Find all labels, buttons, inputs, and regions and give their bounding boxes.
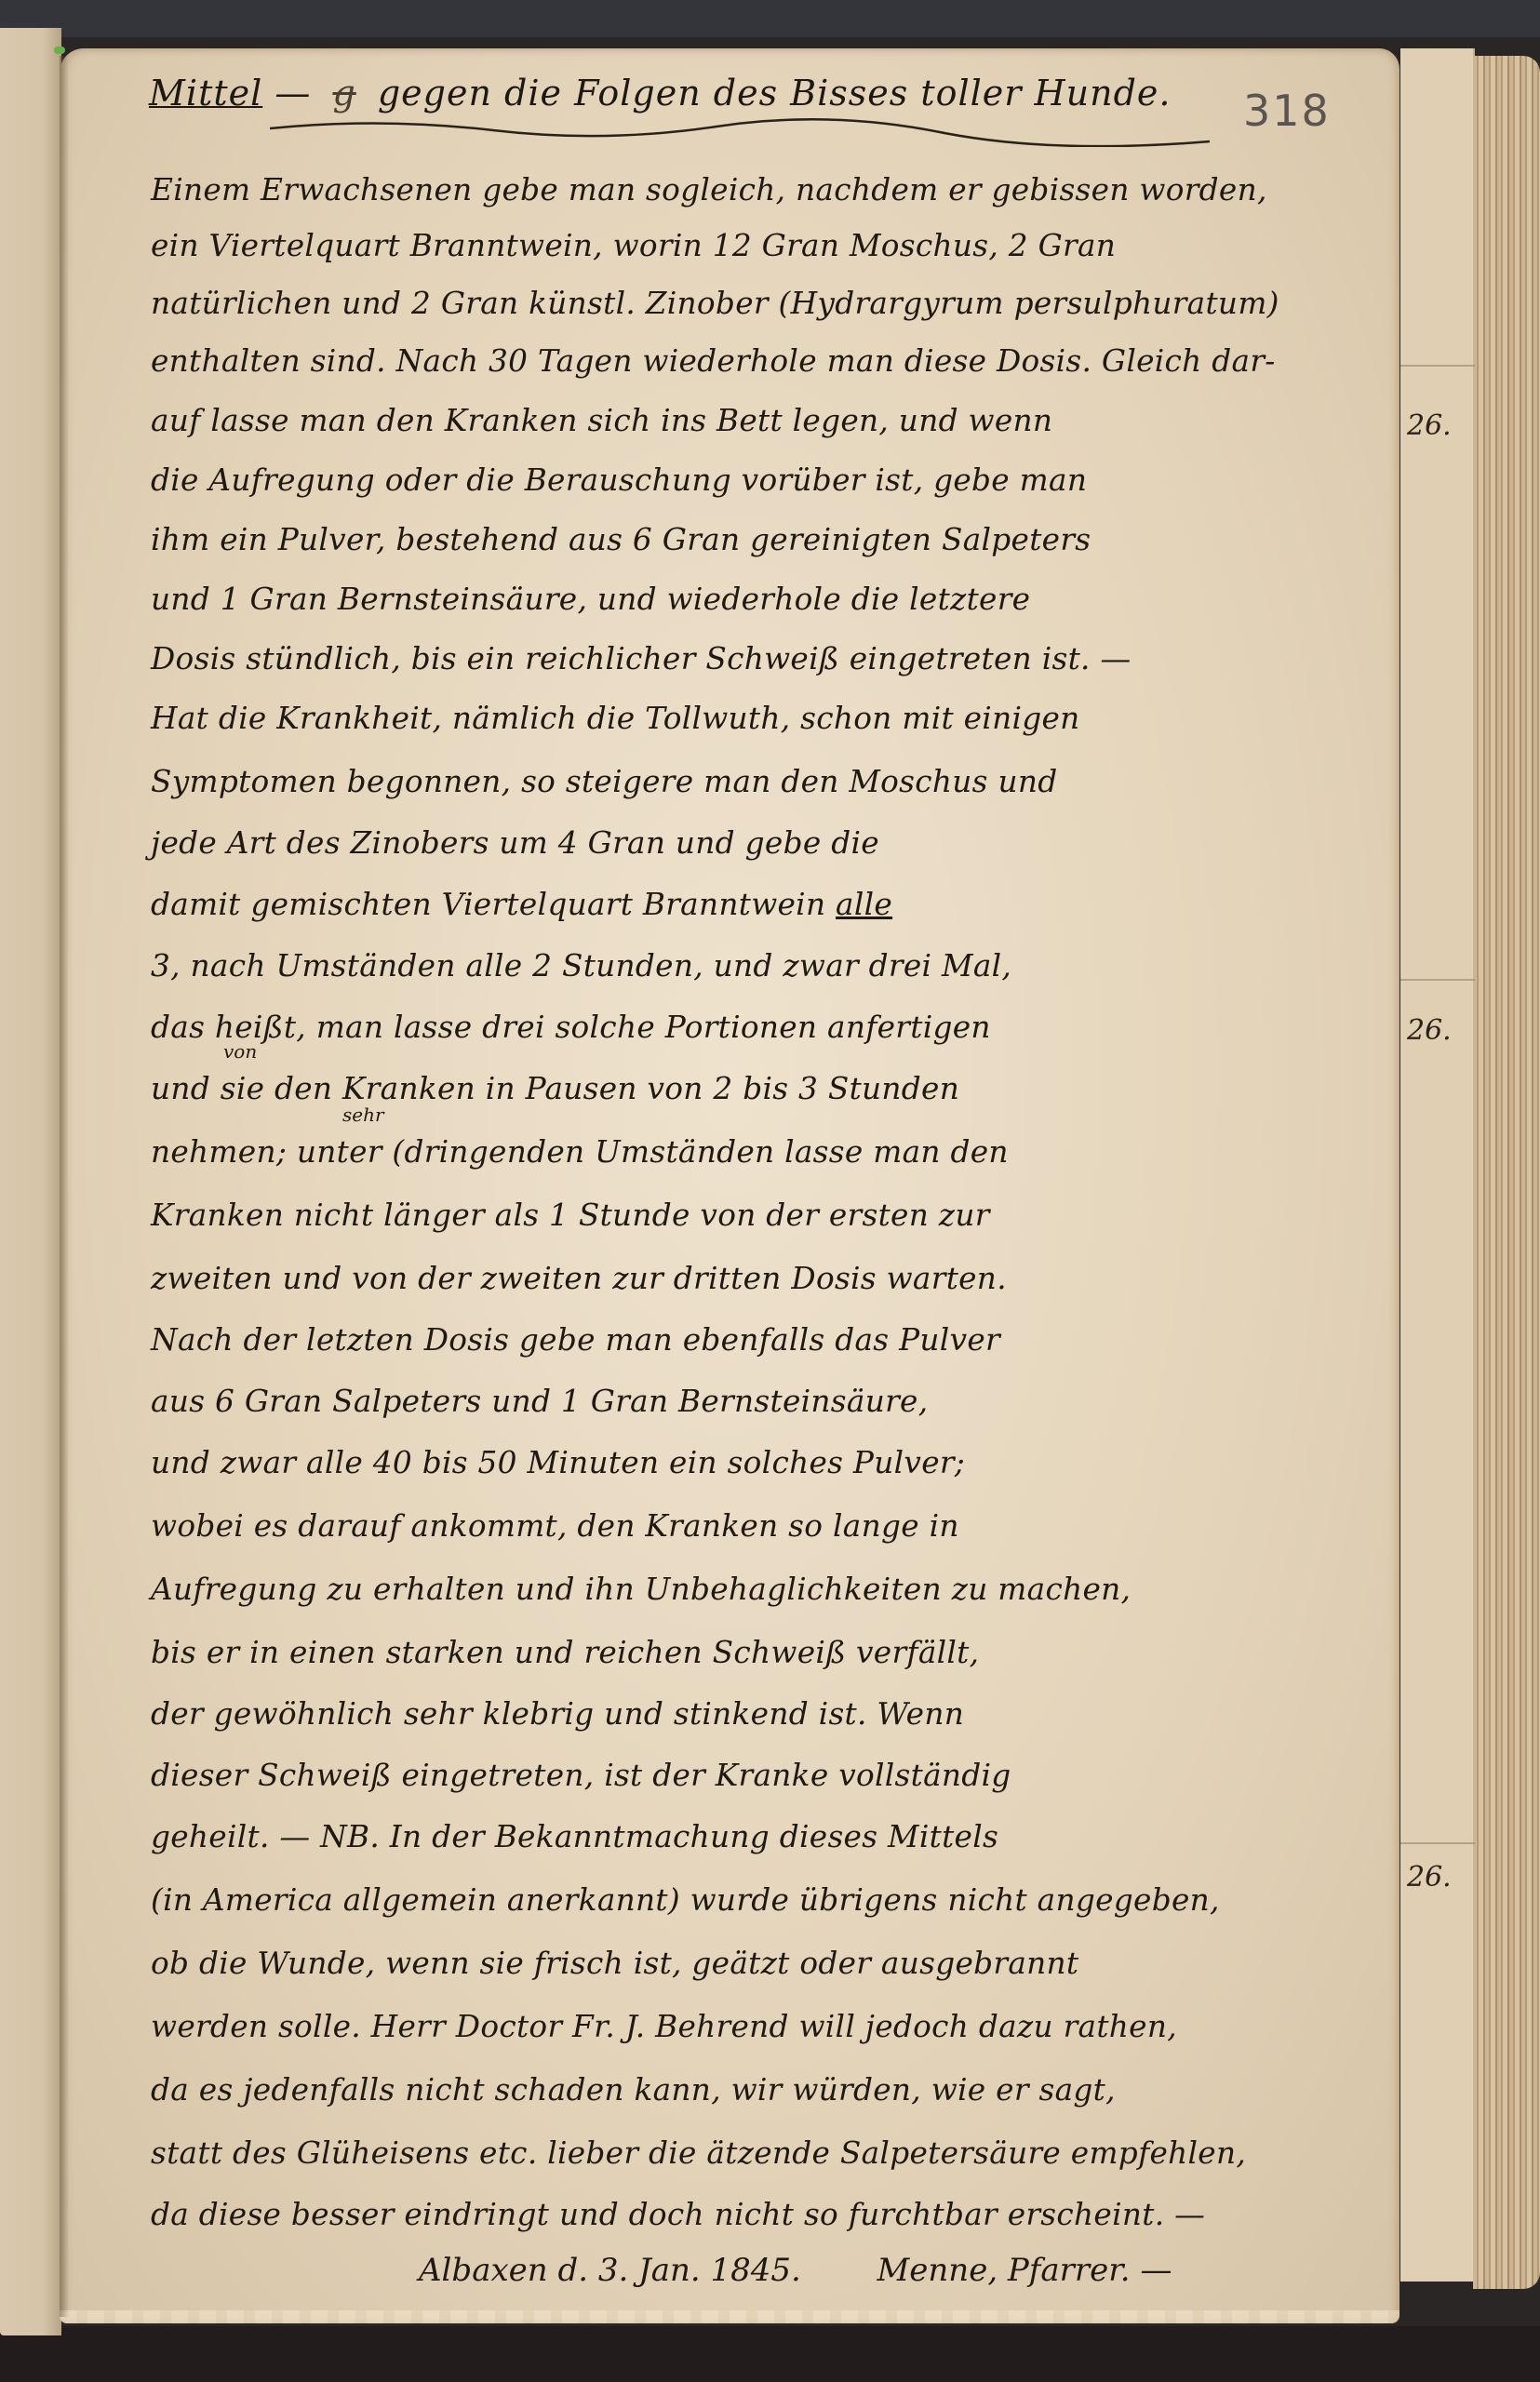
- book-cover-top: [0, 0, 1540, 37]
- interlinear-note: sehr: [342, 1104, 384, 1126]
- margin-note: 26.: [1407, 1014, 1452, 1047]
- text-line: damit gemischten Viertelquart Branntwein…: [151, 886, 1305, 922]
- text-line: auf lasse man den Kranken sich ins Bett …: [151, 402, 1305, 438]
- signature-block: Albaxen d. 3. Jan. 1845. Menne, Pfarrer.…: [419, 2252, 1172, 2289]
- text-line: und zwar alle 40 bis 50 Minuten ein solc…: [151, 1444, 1305, 1480]
- text-line: Einem Erwachsenen gebe man sogleich, nac…: [151, 171, 1305, 207]
- manuscript-page: [60, 48, 1399, 2323]
- text-line: enthalten sind. Nach 30 Tagen wiederhole…: [151, 342, 1305, 379]
- gutter-shadow: [60, 56, 69, 2317]
- text-line: wobei es darauf ankommt, den Kranken so …: [151, 1507, 1305, 1544]
- text-line: 3, nach Umständen alle 2 Stunden, und zw…: [151, 947, 1305, 984]
- signer-name: Menne, Pfarrer.: [877, 2252, 1130, 2289]
- text-line: dieser Schweiß eingetreten, ist der Kran…: [151, 1757, 1305, 1793]
- text-line: ob die Wunde, wenn sie frisch ist, geätz…: [151, 1945, 1305, 1981]
- text-line: die Aufregung oder die Berauschung vorüb…: [151, 462, 1305, 498]
- text-line-content: damit gemischten Viertelquart Branntwein: [151, 886, 825, 922]
- text-line: zweiten und von der zweiten zur dritten …: [151, 1260, 1305, 1296]
- text-line: und sie den Kranken in Pausen von 2 bis …: [151, 1070, 1305, 1106]
- margin-rule: [1400, 1842, 1475, 1844]
- text-line: Hat die Krankheit, nämlich die Tollwuth,…: [151, 700, 1305, 736]
- book-cover-bottom: [0, 2326, 1540, 2382]
- header-title-rest: gegen die Folgen des Bisses toller Hunde…: [378, 73, 1172, 114]
- text-line: statt des Glüheisens etc. lieber die ätz…: [151, 2134, 1305, 2171]
- header-struck-letter: g: [332, 73, 355, 114]
- text-line: bis er in einen starken und reichen Schw…: [151, 1634, 1305, 1670]
- margin-rule: [1400, 365, 1475, 367]
- margin-rule: [1400, 979, 1475, 981]
- interlinear-note: von: [223, 1040, 257, 1063]
- header-wavy-underline: [270, 110, 1210, 147]
- page-number: 318: [1243, 86, 1331, 136]
- underlying-page-edge: [1400, 48, 1475, 2282]
- green-marker-dot: [54, 47, 65, 54]
- margin-note: 26.: [1407, 409, 1452, 442]
- page-header: Mittel — g gegen die Folgen des Bisses t…: [149, 73, 1171, 114]
- text-line: (in America allgemein anerkannt) wurde ü…: [151, 1881, 1305, 1918]
- text-line: aus 6 Gran Salpeters und 1 Gran Bernstei…: [151, 1383, 1305, 1419]
- margin-note: 26.: [1407, 1861, 1452, 1894]
- inserted-word: alle: [836, 886, 892, 922]
- text-line: werden solle. Herr Doctor Fr. J. Behrend…: [151, 2008, 1305, 2044]
- book-fore-edge: [1473, 56, 1540, 2289]
- text-line: der gewöhnlich sehr klebrig und stinkend…: [151, 1695, 1305, 1732]
- text-line: geheilt. — NB. In der Bekanntmachung die…: [151, 1818, 1305, 1854]
- text-line: Dosis stündlich, bis ein reichlicher Sch…: [151, 640, 1305, 676]
- text-line: Symptomen begonnen, so steigere man den …: [151, 763, 1305, 799]
- text-line: ihm ein Pulver, bestehend aus 6 Gran ger…: [151, 521, 1305, 557]
- text-line: nehmen; unter (dringenden Umständen lass…: [151, 1133, 1305, 1170]
- facing-page-left: [0, 28, 61, 2335]
- text-line: da diese besser eindringt und doch nicht…: [151, 2196, 1305, 2232]
- text-line: Nach der letzten Dosis gebe man ebenfall…: [151, 1321, 1305, 1358]
- text-line: ein Viertelquart Branntwein, worin 12 Gr…: [151, 227, 1305, 263]
- text-line: Aufregung zu erhalten und ihn Unbehaglic…: [151, 1571, 1305, 1607]
- text-line: da es jedenfalls nicht schaden kann, wir…: [151, 2071, 1305, 2108]
- closing-dash: —: [1140, 2252, 1172, 2289]
- text-line: natürlichen und 2 Gran künstl. Zinober (…: [151, 285, 1305, 321]
- text-line: Kranken nicht länger als 1 Stunde von de…: [151, 1197, 1305, 1233]
- text-line: jede Art des Zinobers um 4 Gran und gebe…: [151, 824, 1305, 861]
- text-line: und 1 Gran Bernsteinsäure, und wiederhol…: [151, 581, 1305, 617]
- text-line: das heißt, man lasse drei solche Portion…: [151, 1009, 1305, 1045]
- header-dash: —: [275, 73, 311, 114]
- header-title-word: Mittel: [149, 73, 262, 114]
- place-date: Albaxen d. 3. Jan. 1845.: [419, 2252, 801, 2289]
